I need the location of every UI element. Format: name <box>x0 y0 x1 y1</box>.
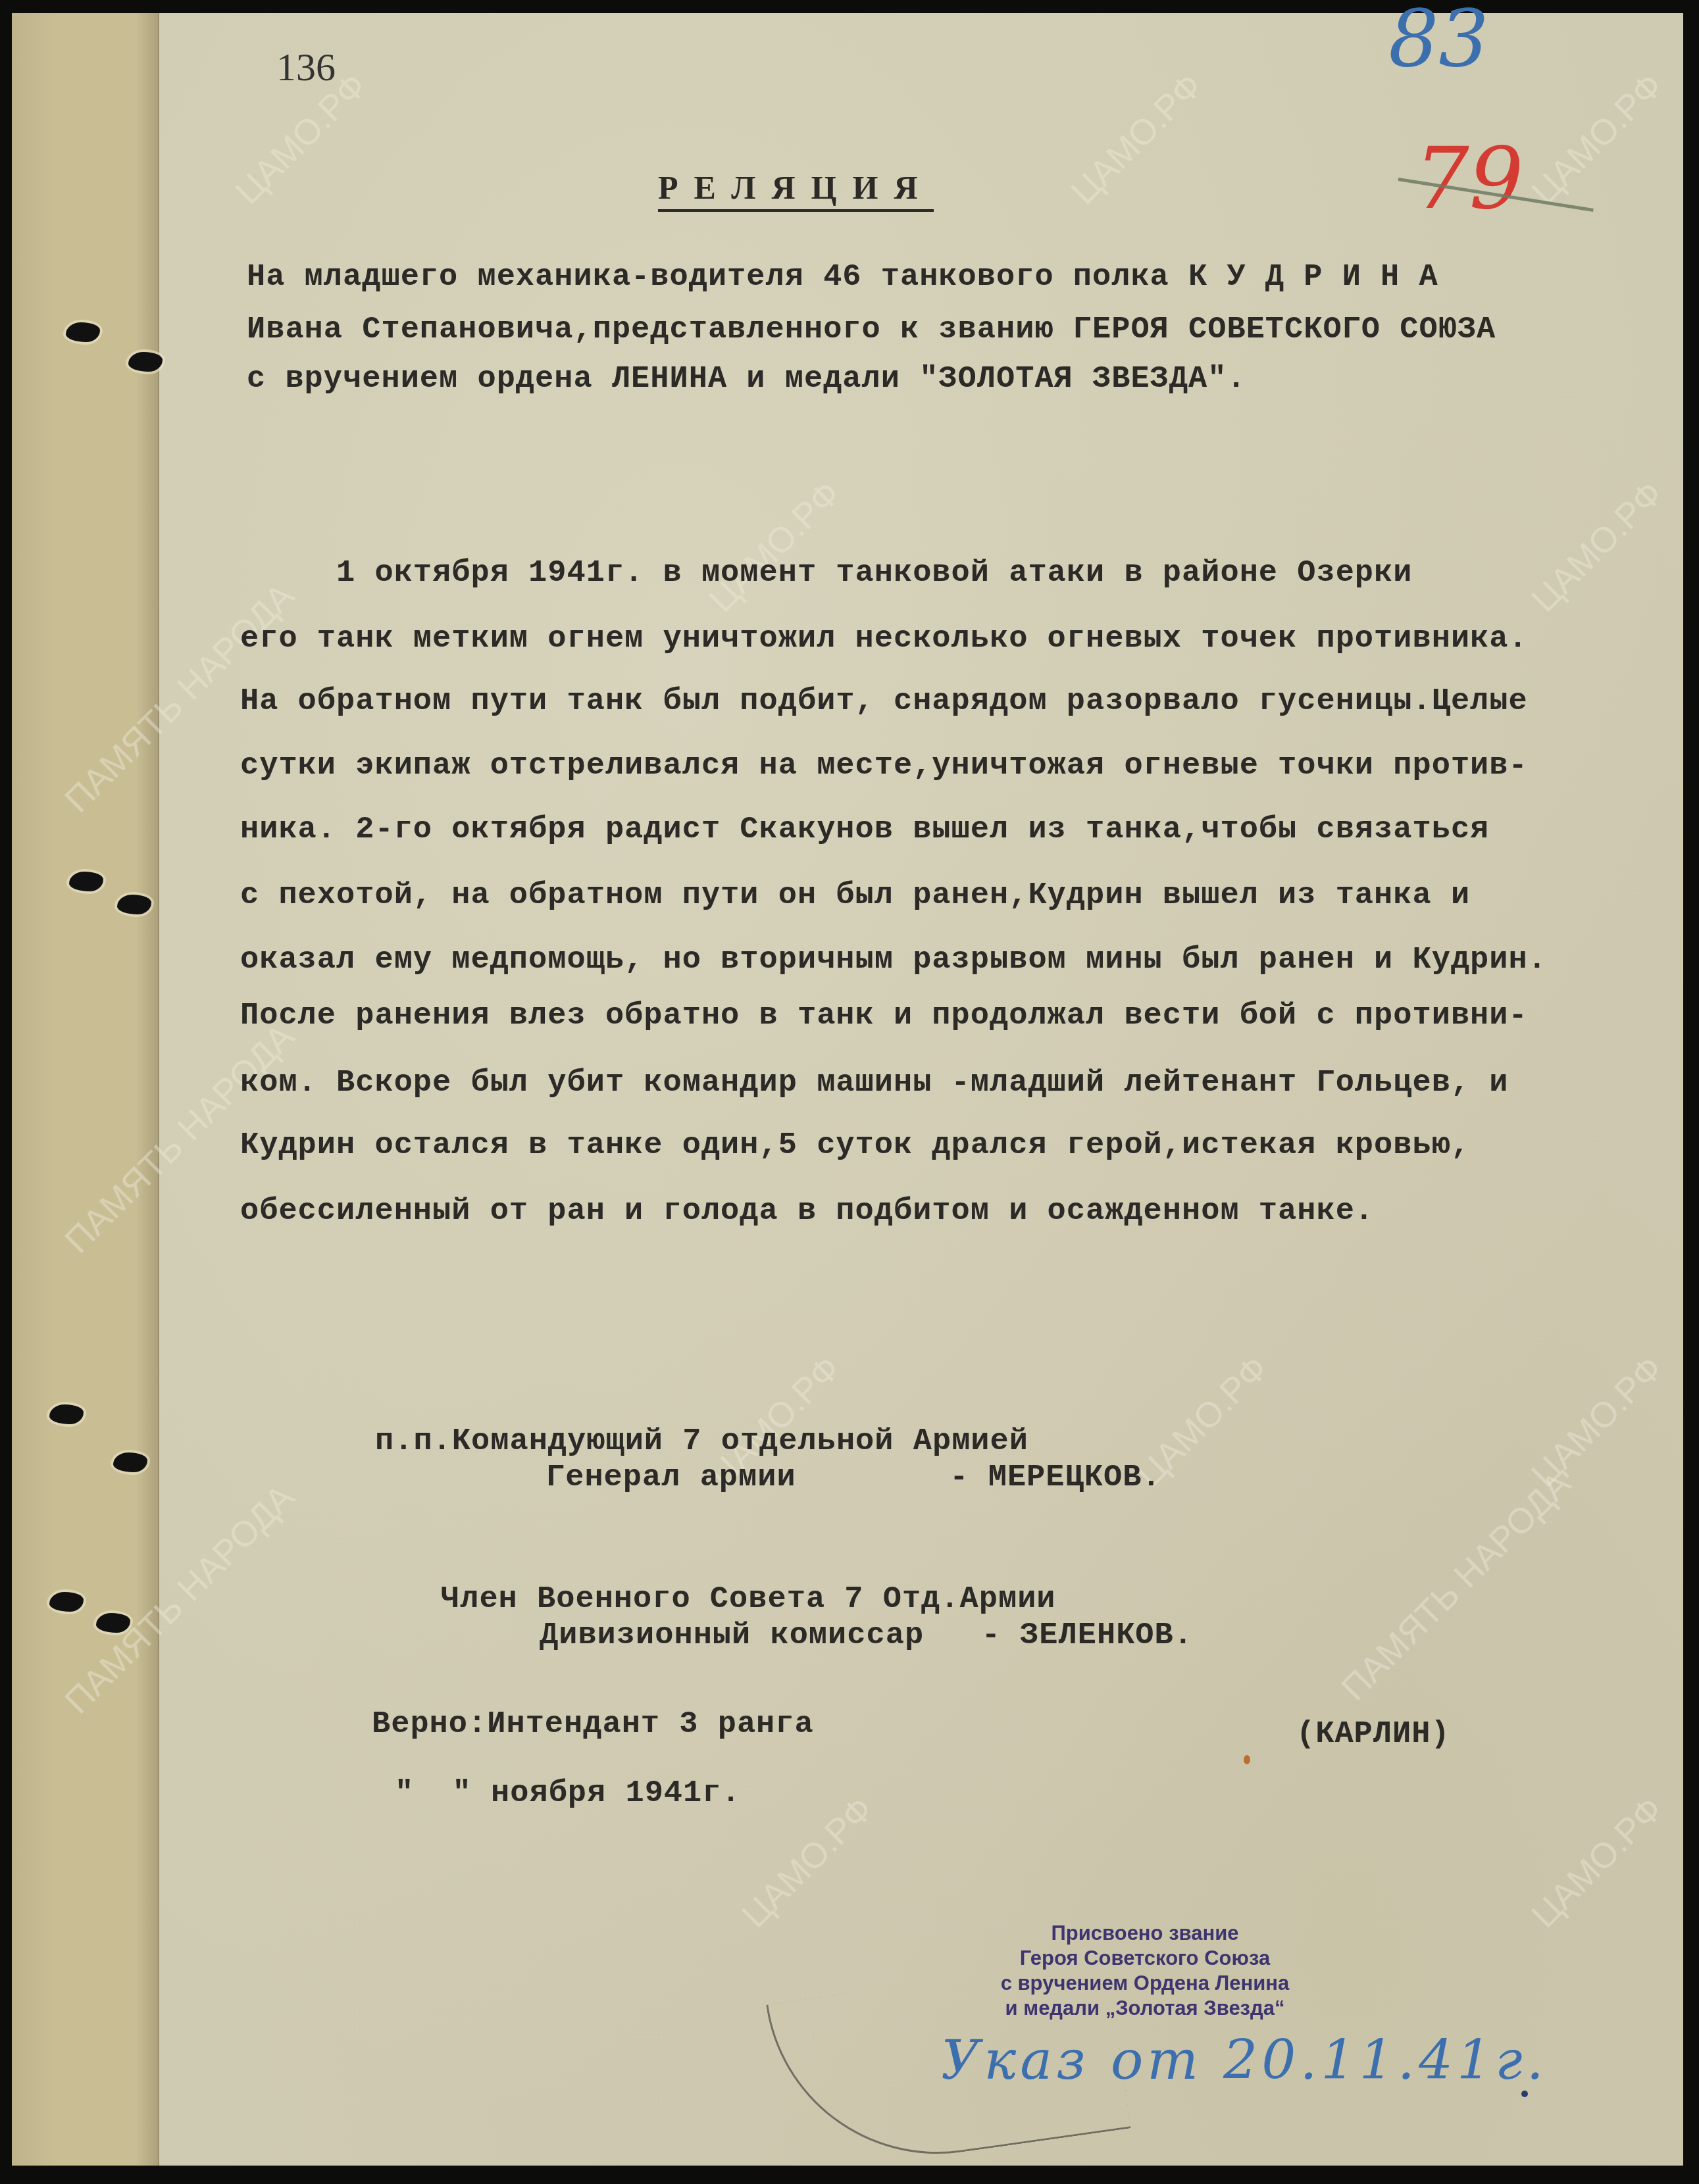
archive-sheet-number-red: 79 <box>1415 128 1523 228</box>
certification-name: (КАРЛИН) <box>1296 1717 1450 1752</box>
signature-council-title: Член Военного Совета 7 Отд.Армии <box>441 1582 1056 1617</box>
certification-date: " " ноября 1941г. <box>395 1776 741 1811</box>
punch-hole-icon <box>66 322 100 342</box>
intro-line: Ивана Степановича,представленного к зван… <box>247 312 1496 347</box>
body-line: Кудрин остался в танке один,5 суток драл… <box>240 1128 1470 1163</box>
body-line: ника. 2-го октября радист Скакунов вышел… <box>240 812 1489 847</box>
punch-hole-icon <box>113 1452 147 1472</box>
body-line: оказал ему медпомощь, но вторичным разры… <box>240 943 1547 978</box>
stamp-line: Героя Советского Союза <box>948 1946 1342 1971</box>
handwritten-decree: Указ от 20.11.41г. <box>941 2029 1548 2092</box>
stamp-line: Присвоено звание <box>948 1921 1342 1946</box>
archive-sheet-number-blue: 83 <box>1388 0 1489 85</box>
signature-commander-title: п.п.Командующий 7 отдельной Армией <box>375 1424 1028 1459</box>
body-line: с пехотой, на обратном пути он был ранен… <box>240 878 1470 913</box>
body-line: сутки экипаж отстреливался на месте,унич… <box>240 749 1528 783</box>
body-line: обессиленный от ран и голода в подбитом … <box>240 1194 1374 1229</box>
body-line: После ранения влез обратно в танк и прод… <box>240 999 1528 1033</box>
document-title: РЕЛЯЦИЯ <box>658 168 934 212</box>
ink-dot <box>1521 2091 1528 2097</box>
intro-line: с вручением ордена ЛЕНИНА и медали "ЗОЛО… <box>247 362 1246 397</box>
signature-commander-name: Генерал армии - МЕРЕЦКОВ. <box>546 1460 1161 1495</box>
punch-hole-icon <box>49 1404 84 1424</box>
body-line: На обратном пути танк был подбит, снаряд… <box>240 684 1528 719</box>
ink-spot <box>1244 1755 1250 1764</box>
folio-number: 136 <box>276 45 336 90</box>
signature-council-name: Дивизионный комиссар - ЗЕЛЕНКОВ. <box>540 1618 1193 1653</box>
body-line: его танк метким огнем уничтожил нескольк… <box>240 622 1528 657</box>
punch-hole-icon <box>49 1592 84 1612</box>
punch-hole-icon <box>117 895 151 914</box>
punch-hole-icon <box>128 352 163 372</box>
punch-hole-icon <box>69 872 103 891</box>
body-line: ком. Вскоре был убит командир машины -мл… <box>240 1066 1509 1101</box>
body-line: 1 октября 1941г. в момент танковой атаки… <box>240 556 1412 591</box>
intro-line: На младшего механика-водителя 46 танково… <box>247 260 1438 295</box>
certification-label: Верно:Интендант 3 ранга <box>372 1707 814 1742</box>
